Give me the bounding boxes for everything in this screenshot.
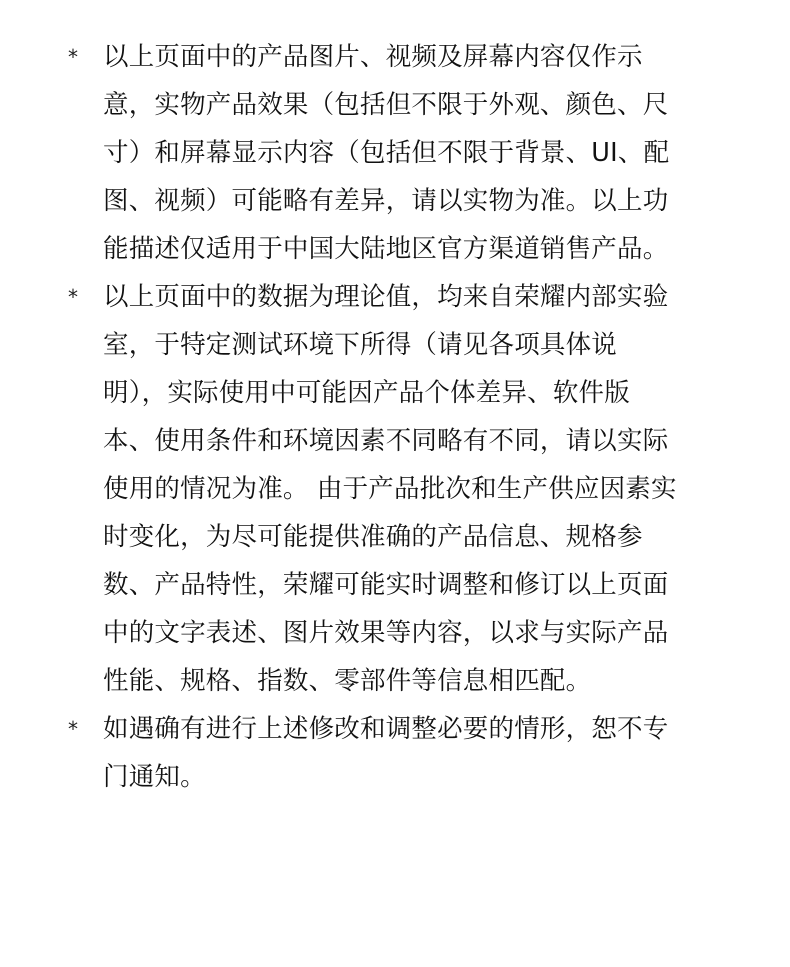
note-line: 本、使用条件和环境因素不同略有不同，请以实际	[103, 417, 728, 465]
note-line: 时变化，为尽可能提供准确的产品信息、规格参	[103, 513, 728, 561]
note-line: 使用的情况为准。 由于产品批次和生产供应因素实	[103, 465, 728, 513]
note-line: 室，于特定测试环境下所得（请见各项具体说	[103, 321, 728, 369]
note-line: 门通知。	[103, 753, 728, 801]
note-line: 图、视频）可能略有差异，请以实物为准。以上功	[103, 177, 728, 225]
note-line: 中的文字表述、图片效果等内容，以求与实际产品	[103, 609, 728, 657]
note-line: 性能、规格、指数、零部件等信息相匹配。	[103, 657, 728, 705]
asterisk-bullet-icon: *	[68, 273, 88, 321]
note-line: 以上页面中的产品图片、视频及屏幕内容仅作示	[103, 33, 728, 81]
disclaimer-note-1: * 以上页面中的产品图片、视频及屏幕内容仅作示 意，实物产品效果（包括但不限于外…	[68, 33, 728, 273]
note-line: 数、产品特性，荣耀可能实时调整和修订以上页面	[103, 561, 728, 609]
note-line: 寸）和屏幕显示内容（包括但不限于背景、UI、配	[103, 129, 728, 177]
note-line: 如遇确有进行上述修改和调整必要的情形，恕不专	[103, 705, 728, 753]
asterisk-bullet-icon: *	[68, 33, 88, 81]
disclaimer-list: * 以上页面中的产品图片、视频及屏幕内容仅作示 意，实物产品效果（包括但不限于外…	[68, 33, 728, 801]
note-line: 能描述仅适用于中国大陆地区官方渠道销售产品。	[103, 225, 728, 273]
note-line: 明），实际使用中可能因产品个体差异、软件版	[103, 369, 728, 417]
disclaimer-note-2: * 以上页面中的数据为理论值，均来自荣耀内部实验 室，于特定测试环境下所得（请见…	[68, 273, 728, 705]
asterisk-bullet-icon: *	[68, 705, 88, 753]
note-line: 意，实物产品效果（包括但不限于外观、颜色、尺	[103, 81, 728, 129]
disclaimer-note-3: * 如遇确有进行上述修改和调整必要的情形，恕不专 门通知。	[68, 705, 728, 801]
note-line: 以上页面中的数据为理论值，均来自荣耀内部实验	[103, 273, 728, 321]
